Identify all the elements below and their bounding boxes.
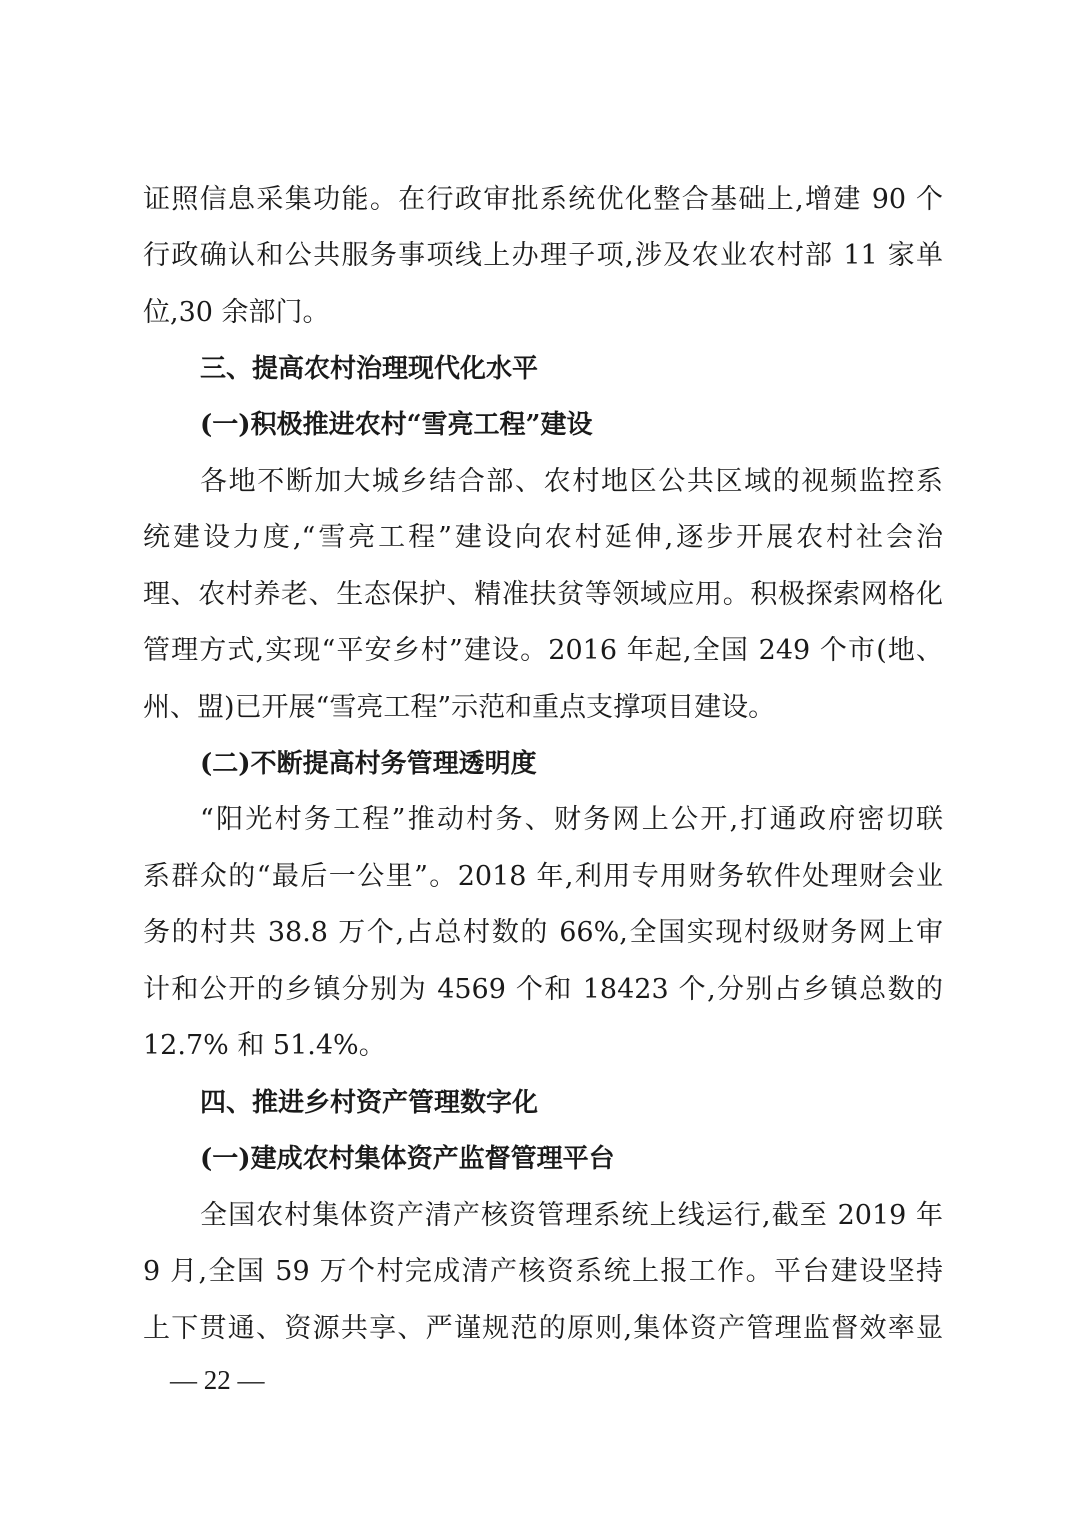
body-line: 各地不断加大城乡结合部、农村地区公共区域的视频监控系 [143,462,943,502]
body-line: 系群众的“最后一公里”。2018 年,利用专用财务软件处理财会业 [143,857,943,897]
subsection-heading: (一)建成农村集体资产监督管理平台 [143,1139,943,1179]
body-line: 位,30 余部门。 [143,293,943,333]
body-line: 州、盟)已开展“雪亮工程”示范和重点支撑项目建设。 [143,688,943,728]
body-line: 12.7% 和 51.4%。 [143,1026,943,1066]
page-number: — 22 — [170,1360,265,1400]
subsection-heading: (二)不断提高村务管理透明度 [143,744,943,784]
body-line: 行政确认和公共服务事项线上办理子项,涉及农业农村部 11 家单 [143,236,943,276]
section-heading: 四、推进乡村资产管理数字化 [143,1083,943,1123]
body-line: 理、农村养老、生态保护、精准扶贫等领域应用。积极探索网格化 [143,575,943,615]
body-line: 计和公开的乡镇分别为 4569 个和 18423 个,分别占乡镇总数的 [143,970,943,1010]
body-line: 证照信息采集功能。在行政审批系统优化整合基础上,增建 90 个 [143,180,943,220]
body-line: 务的村共 38.8 万个,占总村数的 66%,全国实现村级财务网上审 [143,913,943,953]
body-line: 9 月,全国 59 万个村完成清产核资系统上报工作。平台建设坚持 [143,1252,943,1292]
section-heading: 三、提高农村治理现代化水平 [143,349,943,389]
body-line: 管理方式,实现“平安乡村”建设。2016 年起,全国 249 个市(地、 [143,631,943,671]
body-line: “阳光村务工程”推动村务、财务网上公开,打通政府密切联 [143,800,943,840]
subsection-heading: (一)积极推进农村“雪亮工程”建设 [143,405,943,445]
body-line: 全国农村集体资产清产核资管理系统上线运行,截至 2019 年 [143,1196,943,1236]
body-line: 上下贯通、资源共享、严谨规范的原则,集体资产管理监督效率显 [143,1309,943,1349]
body-line: 统建设力度,“雪亮工程”建设向农村延伸,逐步开展农村社会治 [143,518,943,558]
